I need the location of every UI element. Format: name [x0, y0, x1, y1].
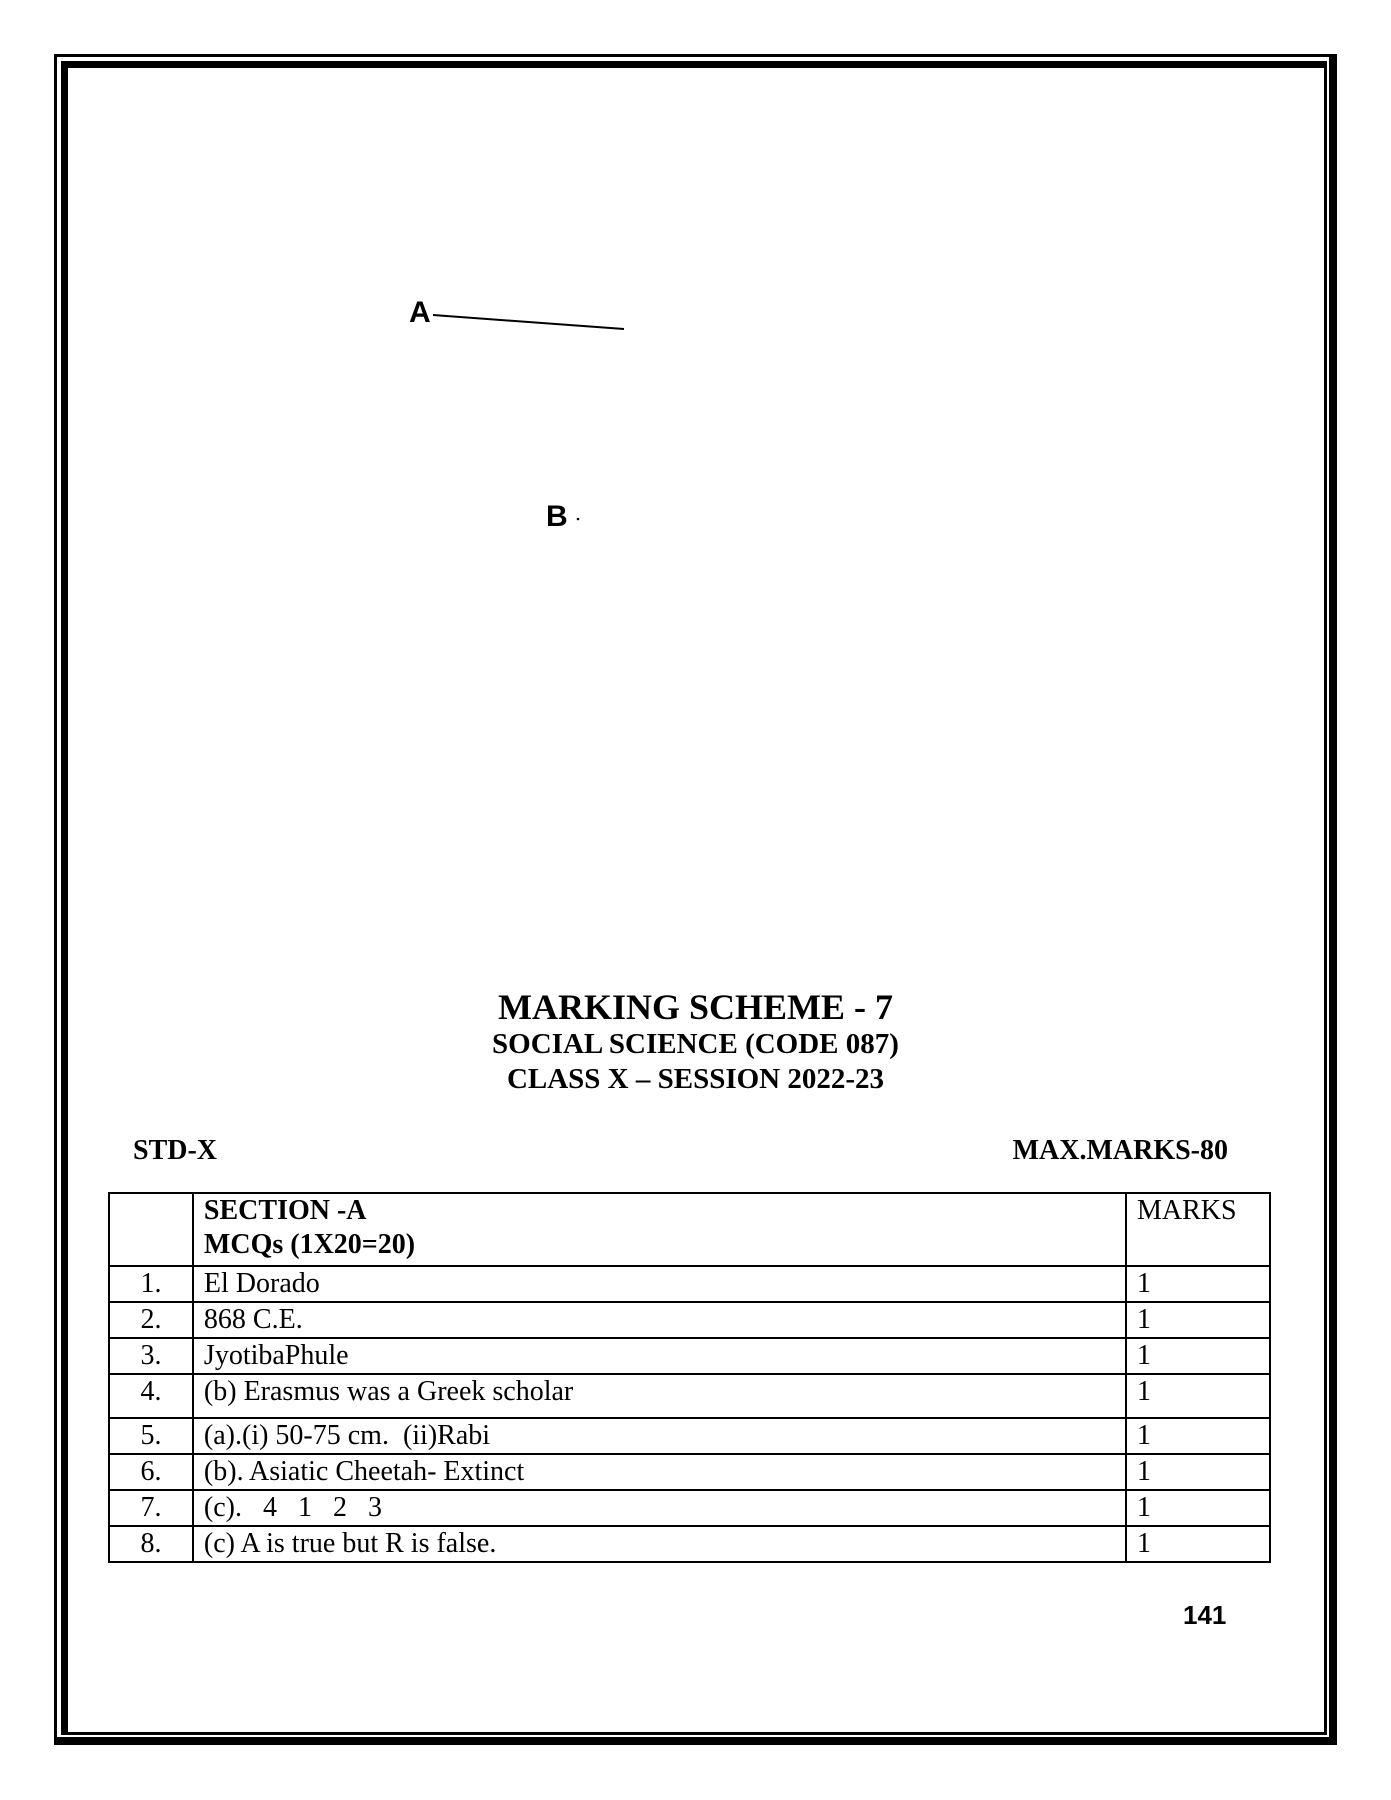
marks-cell: 1 — [1126, 1490, 1270, 1526]
table-row: 2.868 C.E.1 — [109, 1302, 1270, 1338]
std-label: STD-X — [133, 1135, 217, 1167]
marks-cell: 1 — [1126, 1338, 1270, 1374]
header-section-cell: SECTION -A MCQs (1X20=20) — [193, 1193, 1126, 1266]
marks-cell: 1 — [1126, 1266, 1270, 1302]
diagram-label-b: B — [546, 500, 568, 534]
table-row: 3.JyotibaPhule1 — [109, 1338, 1270, 1374]
marks-cell: 1 — [1126, 1454, 1270, 1490]
diagram-label-a: A — [409, 296, 431, 330]
question-number: 1. — [109, 1266, 193, 1302]
answer-cell: (b) Erasmus was a Greek scholar — [193, 1374, 1126, 1418]
question-number: 5. — [109, 1418, 193, 1454]
question-number: 8. — [109, 1526, 193, 1562]
marks-cell: 1 — [1126, 1526, 1270, 1562]
marks-header: MARKS — [1126, 1193, 1270, 1266]
marking-table: SECTION -A MCQs (1X20=20) MARKS 1.El Dor… — [108, 1192, 1271, 1563]
answer-cell: (a).(i) 50-75 cm. (ii)Rabi — [193, 1418, 1126, 1454]
page-title: MARKING SCHEME - 7 — [0, 986, 1391, 1028]
table-row: 8.(c) A is true but R is false.1 — [109, 1526, 1270, 1562]
question-number: 6. — [109, 1454, 193, 1490]
table-row: 6.(b). Asiatic Cheetah- Extinct1 — [109, 1454, 1270, 1490]
question-number: 4. — [109, 1374, 193, 1418]
answer-cell: (b). Asiatic Cheetah- Extinct — [193, 1454, 1126, 1490]
marks-cell: 1 — [1126, 1418, 1270, 1454]
header-no-cell — [109, 1193, 193, 1266]
table-row: 5.(a).(i) 50-75 cm. (ii)Rabi1 — [109, 1418, 1270, 1454]
question-number: 7. — [109, 1490, 193, 1526]
class-session-title: CLASS X – SESSION 2022-23 — [0, 1063, 1391, 1096]
question-number: 2. — [109, 1302, 193, 1338]
table-row: 4.(b) Erasmus was a Greek scholar1 — [109, 1374, 1270, 1418]
answer-cell: (c) A is true but R is false. — [193, 1526, 1126, 1562]
answer-cell: (c). 4 1 2 3 — [193, 1490, 1126, 1526]
subject-title: SOCIAL SCIENCE (CODE 087) — [0, 1028, 1391, 1061]
max-marks-label: MAX.MARKS-80 — [1013, 1135, 1228, 1167]
section-title: SECTION -A — [204, 1194, 1115, 1228]
table-row: 7.(c). 4 1 2 31 — [109, 1490, 1270, 1526]
answer-cell: JyotibaPhule — [193, 1338, 1126, 1374]
answer-cell: 868 C.E. — [193, 1302, 1126, 1338]
answer-cell: El Dorado — [193, 1266, 1126, 1302]
section-subtitle: MCQs (1X20=20) — [204, 1228, 1115, 1262]
question-number: 3. — [109, 1338, 193, 1374]
marks-cell: 1 — [1126, 1374, 1270, 1418]
table-row: 1.El Dorado1 — [109, 1266, 1270, 1302]
page-number: 141 — [1183, 1600, 1226, 1631]
marks-cell: 1 — [1126, 1302, 1270, 1338]
table-header-row: SECTION -A MCQs (1X20=20) MARKS — [109, 1193, 1270, 1266]
